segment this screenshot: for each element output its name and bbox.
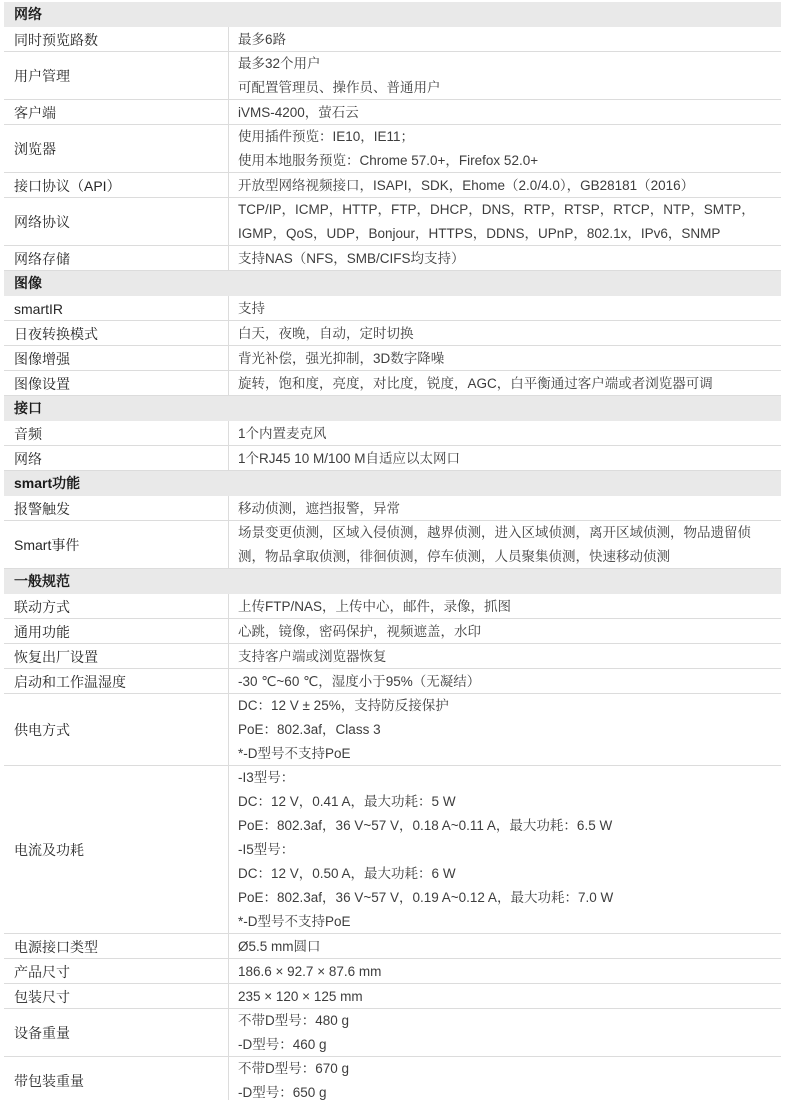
table-row: 联动方式 上传FTP/NAS，上传中心，邮件，录像，抓图 (4, 594, 781, 619)
section-rows: 同时预览路数 最多6路 用户管理 最多32个用户 可配置管理员、操作员、普通用户… (4, 27, 781, 271)
spec-value-line: -I5型号： (238, 838, 771, 862)
spec-value: 最多6路 (229, 27, 781, 52)
spec-value-line: -30 ℃~60 ℃，湿度小于95%（无凝结） (238, 670, 771, 694)
spec-value: 不带D型号：480 g -D型号：460 g (229, 1009, 781, 1057)
spec-value: 上传FTP/NAS，上传中心，邮件，录像，抓图 (229, 594, 781, 619)
spec-label: 联动方式 (4, 594, 229, 619)
section-header: 网络 (4, 2, 781, 27)
spec-value-line: PoE：802.3af，36 V~57 V，0.19 A~0.12 A，最大功耗… (238, 886, 771, 910)
spec-label: 网络存储 (4, 246, 229, 271)
spec-section: 图像 smartIR 支持 日夜转换模式 白天，夜晚，自动，定时切换 图像增强 … (4, 271, 781, 396)
spec-value-line: PoE：802.3af，36 V~57 V，0.18 A~0.11 A，最大功耗… (238, 814, 771, 838)
spec-table: 网络 同时预览路数 最多6路 用户管理 最多32个用户 可配置管理员、操作员、普… (4, 2, 781, 1100)
spec-label: 网络 (4, 446, 229, 471)
spec-value-line: 支持 (238, 297, 771, 321)
table-row: 接口协议（API） 开放型网络视频接口，ISAPI，SDK，Ehome（2.0/… (4, 173, 781, 198)
spec-value-line: 开放型网络视频接口，ISAPI，SDK，Ehome（2.0/4.0），GB281… (238, 174, 771, 198)
spec-value: 支持NAS（NFS，SMB/CIFS均支持） (229, 246, 781, 271)
table-row: 用户管理 最多32个用户 可配置管理员、操作员、普通用户 (4, 52, 781, 100)
spec-value: 186.6 × 92.7 × 87.6 mm (229, 959, 781, 984)
spec-value-line: 1个RJ45 10 M/100 M自适应以太网口 (238, 447, 771, 471)
section-title: 一般规范 (14, 573, 70, 589)
spec-value-line: iVMS-4200，萤石云 (238, 101, 771, 125)
spec-label: 包装尺寸 (4, 984, 229, 1009)
spec-label: 设备重量 (4, 1009, 229, 1057)
spec-value-line: 235 × 120 × 125 mm (238, 985, 771, 1009)
spec-value: DC：12 V ± 25%，支持防反接保护 PoE：802.3af，Class … (229, 694, 781, 766)
spec-label: 日夜转换模式 (4, 321, 229, 346)
spec-value: 旋转，饱和度，亮度，对比度，锐度，AGC，白平衡通过客户端或者浏览器可调 (229, 371, 781, 396)
spec-value-line: 可配置管理员、操作员、普通用户 (238, 76, 771, 100)
table-row: 电源接口类型 Ø5.5 mm圆口 (4, 934, 781, 959)
spec-label: 报警触发 (4, 496, 229, 521)
spec-value-line: 白天，夜晚，自动，定时切换 (238, 322, 771, 346)
table-row: 网络协议 TCP/IP，ICMP，HTTP，FTP，DHCP，DNS，RTP，R… (4, 198, 781, 246)
spec-label: 恢复出厂设置 (4, 644, 229, 669)
spec-value-line: 旋转，饱和度，亮度，对比度，锐度，AGC，白平衡通过客户端或者浏览器可调 (238, 372, 771, 396)
spec-value-line: *-D型号不支持PoE (238, 910, 771, 934)
section-title: smart功能 (14, 475, 80, 491)
spec-label: 通用功能 (4, 619, 229, 644)
spec-value: 235 × 120 × 125 mm (229, 984, 781, 1009)
spec-value-line: 上传FTP/NAS，上传中心，邮件，录像，抓图 (238, 595, 771, 619)
spec-value: TCP/IP，ICMP，HTTP，FTP，DHCP，DNS，RTP，RTSP，R… (229, 198, 781, 246)
table-row: 客户端 iVMS-4200，萤石云 (4, 100, 781, 125)
spec-value: iVMS-4200，萤石云 (229, 100, 781, 125)
spec-section: 一般规范 联动方式 上传FTP/NAS，上传中心，邮件，录像，抓图 通用功能 心… (4, 569, 781, 1100)
spec-value-line: 不带D型号：670 g (238, 1057, 771, 1081)
table-row: 网络 1个RJ45 10 M/100 M自适应以太网口 (4, 446, 781, 471)
table-row: 启动和工作温湿度 -30 ℃~60 ℃，湿度小于95%（无凝结） (4, 669, 781, 694)
table-row: 网络存储 支持NAS（NFS，SMB/CIFS均支持） (4, 246, 781, 271)
spec-value: 使用插件预览：IE10，IE11； 使用本地服务预览：Chrome 57.0+，… (229, 125, 781, 173)
spec-value-line: *-D型号不支持PoE (238, 742, 771, 766)
table-row: 通用功能 心跳，镜像，密码保护，视频遮盖，水印 (4, 619, 781, 644)
table-row: 供电方式 DC：12 V ± 25%，支持防反接保护 PoE：802.3af，C… (4, 694, 781, 766)
spec-label: 接口协议（API） (4, 173, 229, 198)
spec-value: 开放型网络视频接口，ISAPI，SDK，Ehome（2.0/4.0），GB281… (229, 173, 781, 198)
spec-label: 同时预览路数 (4, 27, 229, 52)
spec-label: 音频 (4, 421, 229, 446)
section-title: 图像 (14, 275, 42, 291)
table-row: 图像设置 旋转，饱和度，亮度，对比度，锐度，AGC，白平衡通过客户端或者浏览器可… (4, 371, 781, 396)
table-row: 产品尺寸 186.6 × 92.7 × 87.6 mm (4, 959, 781, 984)
table-row: 恢复出厂设置 支持客户端或浏览器恢复 (4, 644, 781, 669)
spec-value-line: 背光补偿，强光抑制，3D数字降噪 (238, 347, 771, 371)
section-header: 一般规范 (4, 569, 781, 594)
spec-value-line: DC：12 V，0.41 A，最大功耗：5 W (238, 790, 771, 814)
section-rows: 报警触发 移动侦测，遮挡报警，异常 Smart事件 场景变更侦测，区域入侵侦测，… (4, 496, 781, 569)
spec-label: smartIR (4, 296, 229, 321)
spec-value-line: 心跳，镜像，密码保护，视频遮盖，水印 (238, 620, 771, 644)
spec-label: 网络协议 (4, 198, 229, 246)
table-row: smartIR 支持 (4, 296, 781, 321)
spec-value-line: 不带D型号：480 g (238, 1009, 771, 1033)
spec-value: 白天，夜晚，自动，定时切换 (229, 321, 781, 346)
section-rows: smartIR 支持 日夜转换模式 白天，夜晚，自动，定时切换 图像增强 背光补… (4, 296, 781, 396)
spec-value: 背光补偿，强光抑制，3D数字降噪 (229, 346, 781, 371)
spec-label: 供电方式 (4, 694, 229, 766)
spec-section: 网络 同时预览路数 最多6路 用户管理 最多32个用户 可配置管理员、操作员、普… (4, 2, 781, 271)
spec-value: 场景变更侦测，区域入侵侦测，越界侦测，进入区域侦测，离开区域侦测，物品遗留侦测，… (229, 521, 781, 569)
table-row: 图像增强 背光补偿，强光抑制，3D数字降噪 (4, 346, 781, 371)
spec-value: Ø5.5 mm圆口 (229, 934, 781, 959)
spec-value: 移动侦测，遮挡报警，异常 (229, 496, 781, 521)
table-row: 日夜转换模式 白天，夜晚，自动，定时切换 (4, 321, 781, 346)
spec-section: smart功能 报警触发 移动侦测，遮挡报警，异常 Smart事件 场景变更侦测… (4, 471, 781, 569)
table-row: 包装尺寸 235 × 120 × 125 mm (4, 984, 781, 1009)
table-row: 报警触发 移动侦测，遮挡报警，异常 (4, 496, 781, 521)
section-header: 接口 (4, 396, 781, 421)
spec-value-line: PoE：802.3af，Class 3 (238, 718, 771, 742)
spec-value-line: 支持NAS（NFS，SMB/CIFS均支持） (238, 247, 771, 271)
spec-value: 支持客户端或浏览器恢复 (229, 644, 781, 669)
section-title: 网络 (14, 6, 42, 22)
spec-label: 客户端 (4, 100, 229, 125)
section-title: 接口 (14, 400, 42, 416)
section-rows: 音频 1个内置麦克风 网络 1个RJ45 10 M/100 M自适应以太网口 (4, 421, 781, 471)
spec-label: Smart事件 (4, 521, 229, 569)
spec-value-line: -D型号：650 g (238, 1081, 771, 1100)
spec-label: 启动和工作温湿度 (4, 669, 229, 694)
spec-value-line: -I3型号： (238, 766, 771, 790)
spec-value-line: 使用插件预览：IE10，IE11； (238, 125, 771, 149)
spec-value-line: DC：12 V，0.50 A，最大功耗：6 W (238, 862, 771, 886)
table-row: 浏览器 使用插件预览：IE10，IE11； 使用本地服务预览：Chrome 57… (4, 125, 781, 173)
spec-label: 电源接口类型 (4, 934, 229, 959)
spec-value-line: -D型号：460 g (238, 1033, 771, 1057)
spec-value: 支持 (229, 296, 781, 321)
spec-value: 1个内置麦克风 (229, 421, 781, 446)
spec-value: -30 ℃~60 ℃，湿度小于95%（无凝结） (229, 669, 781, 694)
spec-value-line: DC：12 V ± 25%，支持防反接保护 (238, 694, 771, 718)
spec-value-line: TCP/IP，ICMP，HTTP，FTP，DHCP，DNS，RTP，RTSP，R… (238, 198, 771, 246)
table-row: 同时预览路数 最多6路 (4, 27, 781, 52)
spec-value: -I3型号： DC：12 V，0.41 A，最大功耗：5 W PoE：802.3… (229, 766, 781, 934)
section-rows: 联动方式 上传FTP/NAS，上传中心，邮件，录像，抓图 通用功能 心跳，镜像，… (4, 594, 781, 1100)
spec-label: 电流及功耗 (4, 766, 229, 934)
spec-value-line: 最多6路 (238, 28, 771, 52)
table-row: Smart事件 场景变更侦测，区域入侵侦测，越界侦测，进入区域侦测，离开区域侦测… (4, 521, 781, 569)
spec-value-line: 186.6 × 92.7 × 87.6 mm (238, 960, 771, 984)
spec-value-line: 场景变更侦测，区域入侵侦测，越界侦测，进入区域侦测，离开区域侦测，物品遗留侦测，… (238, 521, 771, 569)
spec-label: 浏览器 (4, 125, 229, 173)
spec-value-line: 使用本地服务预览：Chrome 57.0+，Firefox 52.0+ (238, 149, 771, 173)
table-row: 音频 1个内置麦克风 (4, 421, 781, 446)
section-header: smart功能 (4, 471, 781, 496)
spec-value: 不带D型号：670 g -D型号：650 g (229, 1057, 781, 1100)
spec-label: 图像设置 (4, 371, 229, 396)
table-row: 设备重量 不带D型号：480 g -D型号：460 g (4, 1009, 781, 1057)
spec-value-line: 移动侦测，遮挡报警，异常 (238, 497, 771, 521)
spec-value: 1个RJ45 10 M/100 M自适应以太网口 (229, 446, 781, 471)
spec-value-line: 支持客户端或浏览器恢复 (238, 645, 771, 669)
spec-section: 接口 音频 1个内置麦克风 网络 1个RJ45 10 M/100 M自适应以太网… (4, 396, 781, 471)
spec-label: 用户管理 (4, 52, 229, 100)
spec-value: 最多32个用户 可配置管理员、操作员、普通用户 (229, 52, 781, 100)
spec-value: 心跳，镜像，密码保护，视频遮盖，水印 (229, 619, 781, 644)
section-header: 图像 (4, 271, 781, 296)
table-row: 带包装重量 不带D型号：670 g -D型号：650 g (4, 1057, 781, 1100)
spec-value-line: 最多32个用户 (238, 52, 771, 76)
spec-value-line: 1个内置麦克风 (238, 422, 771, 446)
table-row: 电流及功耗 -I3型号： DC：12 V，0.41 A，最大功耗：5 W PoE… (4, 766, 781, 934)
spec-label: 图像增强 (4, 346, 229, 371)
spec-label: 产品尺寸 (4, 959, 229, 984)
spec-label: 带包装重量 (4, 1057, 229, 1100)
spec-value-line: Ø5.5 mm圆口 (238, 935, 771, 959)
